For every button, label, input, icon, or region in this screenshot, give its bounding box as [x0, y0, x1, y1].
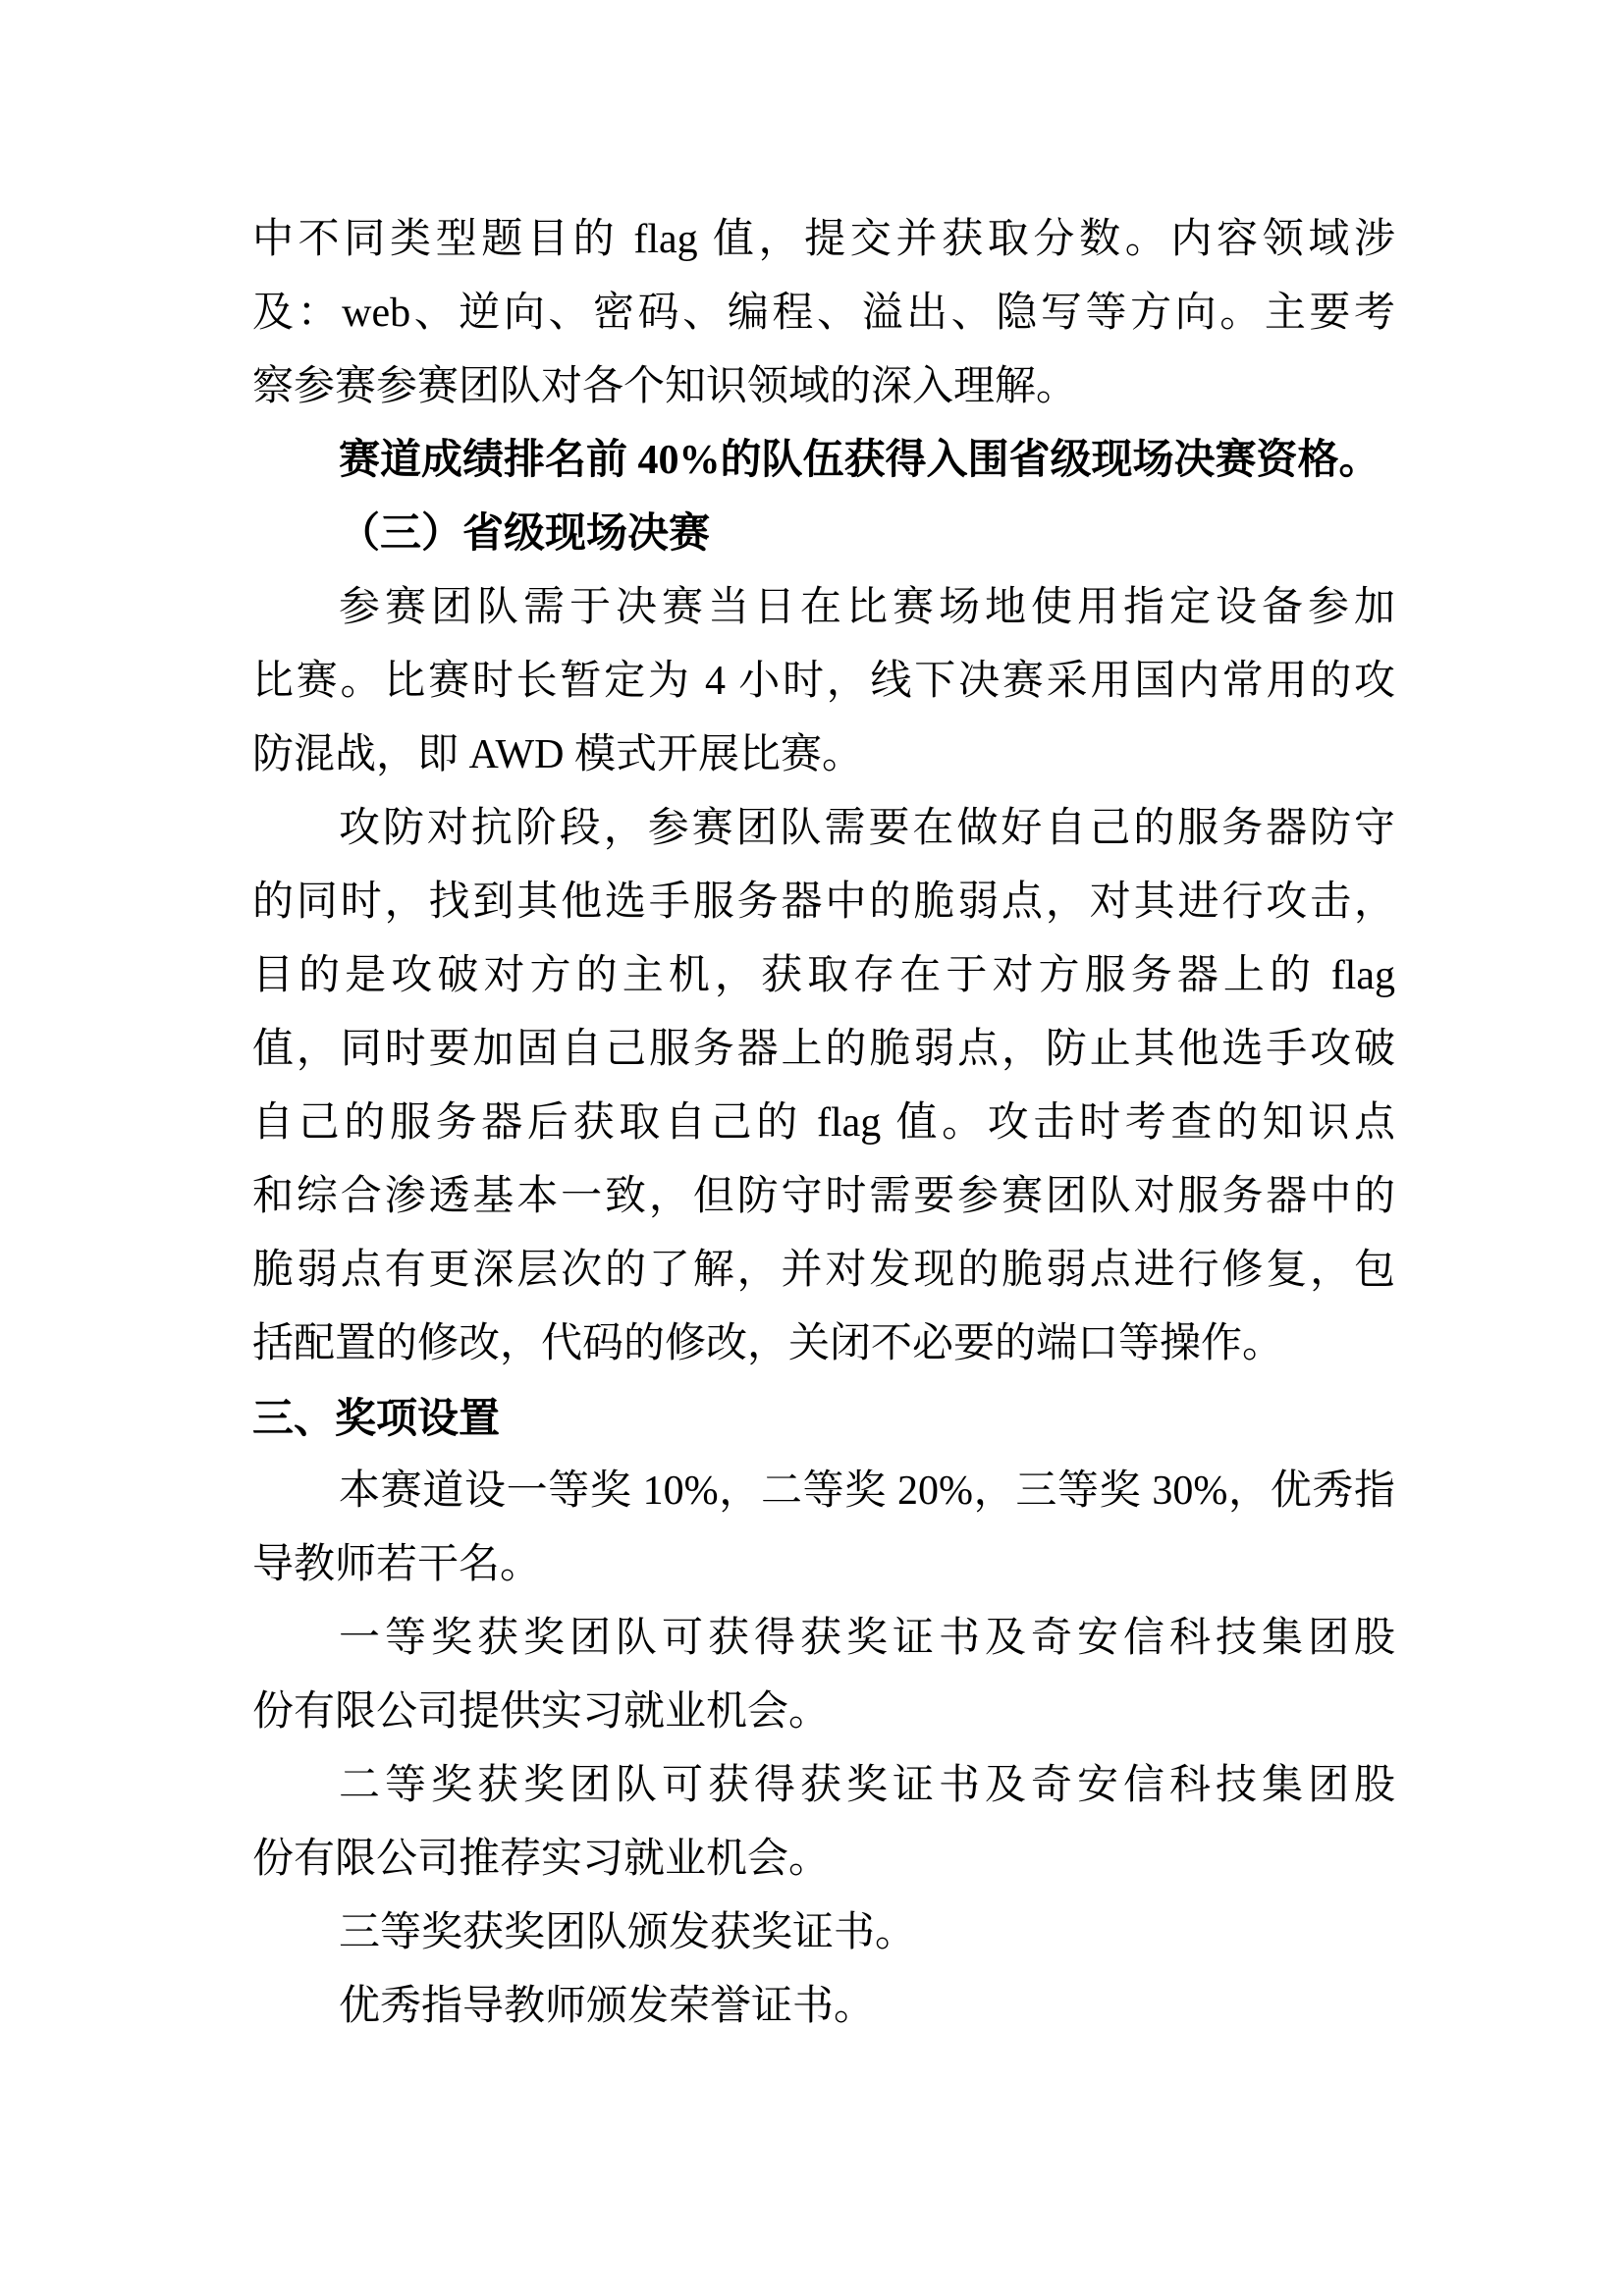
- text-line: 及：web、逆向、密码、编程、溢出、隐写等方向。主要考: [252, 277, 1395, 350]
- text-line: 自己的服务器后获取自己的 flag 值。攻击时考查的知识点: [252, 1087, 1395, 1160]
- text-line: 攻防对抗阶段，参赛团队需要在做好自己的服务器防守: [252, 792, 1395, 866]
- text-line: 一等奖获奖团队可获得获奖证书及奇安信科技集团股: [252, 1602, 1395, 1676]
- paragraph: 三等奖获奖团队颁发获奖证书。: [252, 1896, 1395, 1970]
- paragraph: 一等奖获奖团队可获得获奖证书及奇安信科技集团股份有限公司提供实习就业机会。: [252, 1602, 1395, 1749]
- paragraph: 优秀指导教师颁发荣誉证书。: [252, 1970, 1395, 2044]
- section-heading: 三、奖项设置: [252, 1381, 1395, 1455]
- text-line: 脆弱点有更深层次的了解，并对发现的脆弱点进行修复，包: [252, 1234, 1395, 1308]
- document-text-block: 中不同类型题目的 flag 值，提交并获取分数。内容领域涉及：web、逆向、密码…: [252, 203, 1395, 2044]
- text-line: 导教师若干名。: [252, 1528, 1395, 1602]
- text-line: 三等奖获奖团队颁发获奖证书。: [252, 1896, 1395, 1970]
- text-line: 中不同类型题目的 flag 值，提交并获取分数。内容领域涉: [252, 203, 1395, 277]
- paragraph: 本赛道设一等奖 10%，二等奖 20%，三等奖 30%，优秀指导教师若干名。: [252, 1455, 1395, 1602]
- text-line: 和综合渗透基本一致，但防守时需要参赛团队对服务器中的: [252, 1160, 1395, 1234]
- text-line: 括配置的修改，代码的修改，关闭不必要的端口等操作。: [252, 1308, 1395, 1381]
- paragraph: 二等奖获奖团队可获得获奖证书及奇安信科技集团股份有限公司推荐实习就业机会。: [252, 1749, 1395, 1896]
- text-line: 的同时，找到其他选手服务器中的脆弱点，对其进行攻击，: [252, 866, 1395, 939]
- text-line: 三、奖项设置: [252, 1381, 1395, 1455]
- paragraph: （三）省级现场决赛: [252, 498, 1395, 571]
- document-page: 中不同类型题目的 flag 值，提交并获取分数。内容领域涉及：web、逆向、密码…: [0, 0, 1624, 2296]
- text-line: （三）省级现场决赛: [252, 498, 1395, 571]
- text-line: 比赛。比赛时长暂定为 4 小时，线下决赛采用国内常用的攻: [252, 645, 1395, 719]
- text-line: 份有限公司提供实习就业机会。: [252, 1676, 1395, 1749]
- text-line: 赛道成绩排名前 40%的队伍获得入围省级现场决赛资格。: [252, 424, 1395, 498]
- text-line: 份有限公司推荐实习就业机会。: [252, 1823, 1395, 1896]
- text-line: 察参赛参赛团队对各个知识领域的深入理解。: [252, 350, 1395, 424]
- paragraph: 中不同类型题目的 flag 值，提交并获取分数。内容领域涉及：web、逆向、密码…: [252, 203, 1395, 424]
- paragraph: 赛道成绩排名前 40%的队伍获得入围省级现场决赛资格。: [252, 424, 1395, 498]
- paragraph: 攻防对抗阶段，参赛团队需要在做好自己的服务器防守的同时，找到其他选手服务器中的脆…: [252, 792, 1395, 1381]
- text-line: 二等奖获奖团队可获得获奖证书及奇安信科技集团股: [252, 1749, 1395, 1823]
- text-line: 值，同时要加固自己服务器上的脆弱点，防止其他选手攻破: [252, 1013, 1395, 1087]
- text-line: 目的是攻破对方的主机，获取存在于对方服务器上的 flag: [252, 939, 1395, 1013]
- text-line: 防混战，即 AWD 模式开展比赛。: [252, 719, 1395, 792]
- text-line: 优秀指导教师颁发荣誉证书。: [252, 1970, 1395, 2044]
- text-line: 本赛道设一等奖 10%，二等奖 20%，三等奖 30%，优秀指: [252, 1455, 1395, 1528]
- text-line: 参赛团队需于决赛当日在比赛场地使用指定设备参加: [252, 571, 1395, 645]
- paragraph: 参赛团队需于决赛当日在比赛场地使用指定设备参加比赛。比赛时长暂定为 4 小时，线…: [252, 571, 1395, 792]
